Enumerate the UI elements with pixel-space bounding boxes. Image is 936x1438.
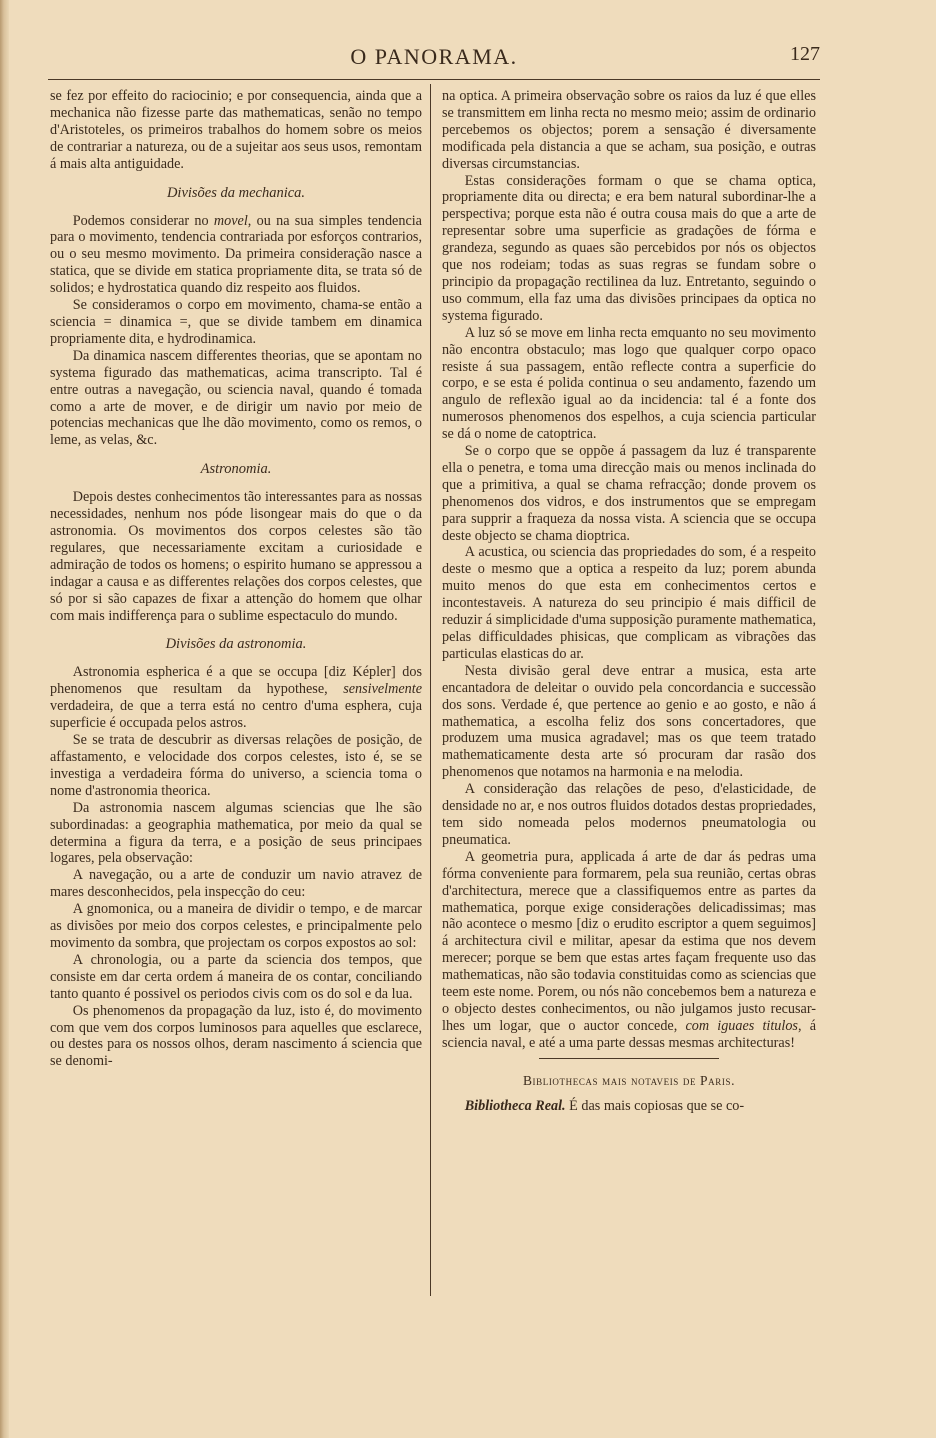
paragraph: Da astronomia nascem algumas sciencias q…	[50, 800, 422, 868]
section-heading-mechanica: Divisões da mechanica.	[50, 185, 422, 202]
paragraph: Estas considerações formam o que se cham…	[442, 173, 816, 325]
emphasis: movel	[214, 213, 248, 229]
text: É das mais copiosas que se co-	[566, 1098, 744, 1114]
section-heading-divisoes-astronomia: Divisões da astronomia.	[50, 636, 422, 653]
paragraph: A chronologia, ou a parte da sciencia do…	[50, 952, 422, 1003]
right-column: na optica. A primeira observação sobre o…	[442, 88, 816, 1114]
section-heading-astronomia: Astronomia.	[50, 461, 422, 478]
paragraph: A navegação, ou a arte de conduzir um na…	[50, 867, 422, 901]
text: Podemos considerar no	[73, 213, 214, 229]
paragraph: na optica. A primeira observação sobre o…	[442, 88, 816, 173]
paragraph: Podemos considerar no movel, ou na sua s…	[50, 213, 422, 298]
header-rule	[48, 79, 820, 80]
paragraph: se fez por effeito do raciocinio; e por …	[50, 88, 422, 173]
paragraph: A consideração das relações de peso, d'e…	[442, 781, 816, 849]
paragraph: Astronomia espherica é a que se occupa […	[50, 664, 422, 732]
paragraph: Se o corpo que se oppõe á passagem da lu…	[442, 443, 816, 544]
left-column: se fez por effeito do raciocinio; e por …	[50, 88, 422, 1070]
paragraph: Se consideramos o corpo em movimento, ch…	[50, 297, 422, 348]
paragraph: A acustica, ou sciencia das propriedades…	[442, 544, 816, 662]
page-number: 127	[790, 43, 820, 66]
text: A geometria pura, applicada á arte de da…	[442, 849, 816, 1034]
emphasis: com iguaes titulos	[685, 1018, 798, 1034]
paragraph: Se se trata de descubrir as diversas rel…	[50, 732, 422, 800]
text: verdadeira, de que a terra está no centr…	[50, 698, 422, 731]
column-divider	[430, 84, 431, 1296]
periodical-title: O PANORAMA.	[48, 44, 820, 70]
paragraph: Depois destes conhecimentos tão interess…	[50, 489, 422, 624]
paragraph: Os phenomenos da propagação da luz, isto…	[50, 1003, 422, 1071]
paragraph: Nesta divisão geral deve entrar a musica…	[442, 663, 816, 781]
lead-in: Bibliotheca Real.	[465, 1098, 566, 1114]
paragraph: A luz só se move em linha recta emquanto…	[442, 325, 816, 443]
section-separator	[539, 1058, 719, 1059]
page-binding-edge	[0, 0, 9, 1438]
paragraph: A geometria pura, applicada á arte de da…	[442, 849, 816, 1052]
page-header: O PANORAMA. 127	[48, 40, 820, 76]
section-title-bibliothecas: Bibliothecas mais notaveis de Paris.	[442, 1073, 816, 1090]
emphasis: sensivelmente	[343, 681, 422, 697]
paragraph: Bibliotheca Real. É das mais copiosas qu…	[442, 1098, 816, 1115]
paragraph: Da dinamica nascem differentes theorias,…	[50, 348, 422, 449]
paragraph: A gnomonica, ou a maneira de dividir o t…	[50, 901, 422, 952]
